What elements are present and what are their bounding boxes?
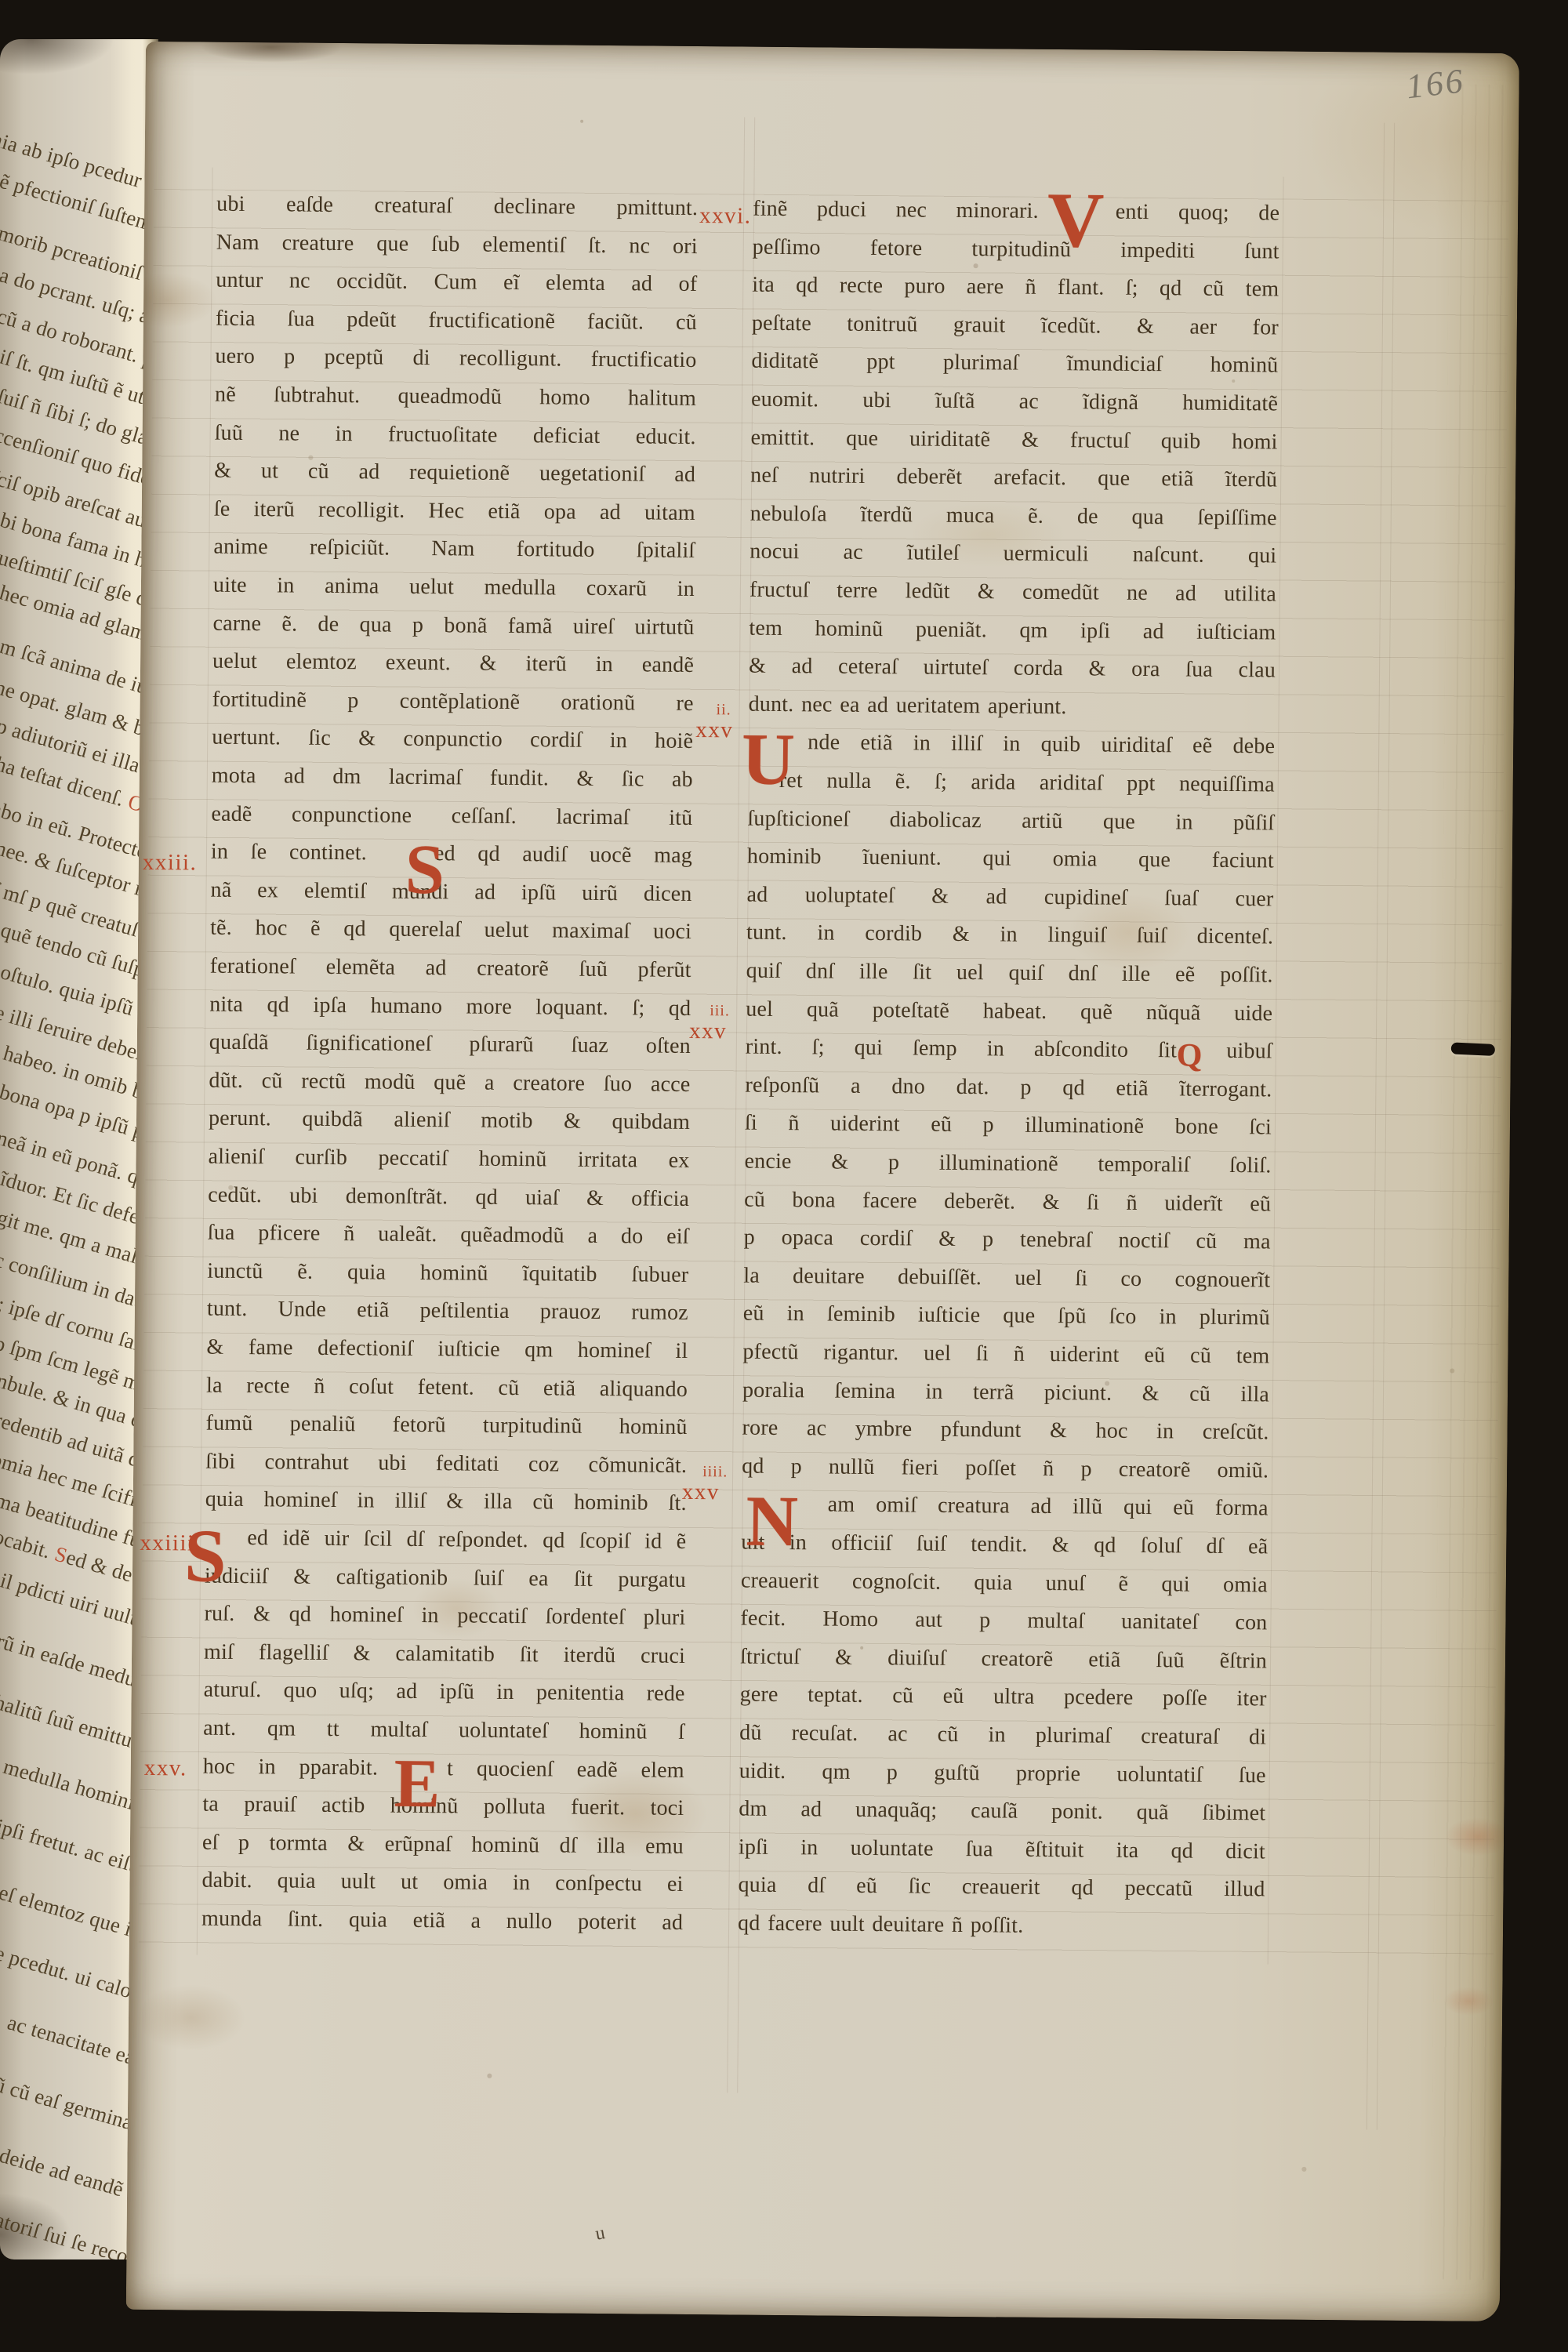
text-line: ferationeſ elemẽta ad creatorẽ ſuũ pferũ… [209, 954, 691, 996]
text-line: aturuſ. quo uſq; ad ipſũ in penitentia r… [203, 1678, 684, 1720]
facing-page-text-fragment: o halitũ ſuũ emittut [0, 1686, 141, 1755]
text-line: ſe iterũ recolligit. Hec etiã opa ad uit… [214, 496, 695, 539]
chapter-numeral-intercolumn: xxviiii. [682, 1479, 720, 1505]
text-line: uit in officiiſ ſuiſ tendit. & qd ſoluſ … [741, 1530, 1268, 1573]
manuscript-photo: omia ab ipſo pcedur aoonẽ pfectioniſ ſuſ… [0, 0, 1568, 2352]
rubric-initial: N [746, 1489, 798, 1554]
text-line: ſua pficere ñ ualeãt. quẽadmodũ a do eiſ [207, 1221, 688, 1263]
text-line: ſupſticioneſ diabolicaz artiũ que in pũſ… [747, 806, 1274, 848]
numeral-superscript: iii. [710, 1002, 730, 1020]
text-line: miſ flagelliſ & calamitatib ſit iterdũ c… [204, 1639, 685, 1682]
text-line: dm ad unaquãq; cauſã ponit. quã ſibimet [739, 1797, 1265, 1839]
text-line: pfectũ rigantur. uel ſi ñ uiderint eũ cũ… [742, 1340, 1269, 1382]
manuscript-page: 166 ubi eaſde creaturaſ declinare pmittu… [126, 42, 1519, 2321]
text-line: euomit. ubi ĩuſtã ac ĩdignã humiditatẽ [751, 387, 1278, 430]
chapter-numeral-margin: xxv. [144, 1755, 187, 1781]
text-line: uite in anima uelut medulla coxarũ in [213, 573, 695, 615]
text-line: encie & p illuminationẽ temporaliſ ſoliſ… [744, 1149, 1271, 1192]
text-line: hoc in pparabit.t quocienſ eadẽ elem [203, 1754, 684, 1796]
text-line: in ſe continet.ed qd audiſ uocẽ mag [211, 840, 692, 882]
text-line: emittit. que uiriditatẽ & fructuſ quib h… [750, 425, 1277, 467]
text-line: untur nc occidũt. Cum eĩ elemta ad of [216, 268, 697, 310]
text-line: quiſ dnſ ille ſit uel quiſ dnſ ille eẽ p… [746, 959, 1272, 1001]
text-line: finẽ pduci nec minorari.enti quoq; de [753, 197, 1279, 239]
text-line: nde etiã in illiſ in quib uiriditaſ eẽ d… [748, 730, 1275, 772]
text-line: la deuitare debuiſſẽt. uel ſi co cognoue… [743, 1263, 1270, 1305]
text-line: qd p nullũ fieri poſſet ñ p creatorẽ omi… [742, 1454, 1269, 1496]
text-line: hominib ĩueniunt. qui omia que faciunt [747, 844, 1274, 887]
rubric-initial: Q [1177, 1042, 1203, 1072]
text-line: ant. qm tt multaſ uoluntateſ hominũ ſ [203, 1716, 684, 1759]
text-line: creauerit cognoſcit. quia unuſ ẽ qui omi… [741, 1568, 1268, 1610]
text-line: ruſ. & qd homineſ in peccatiſ ſordenteſ … [204, 1602, 685, 1644]
numeral-superscript: iiii. [702, 1463, 728, 1481]
text-line: reſponſũ a dno dat. p qd etiã ĩterrogant… [745, 1073, 1272, 1115]
text-line: nocui ac ĩutileſ uermiculi naſcunt. qui [750, 539, 1276, 582]
text-line: cedũt. ubi demonſtrãt. qd uiaſ & officia [208, 1182, 689, 1225]
text-line: iudiciiſ & caſtigationib ſuiſ ea ſit pur… [205, 1563, 686, 1606]
text-line: iunctũ ẽ. quia hominũ ĩquitatib ſubuer [207, 1258, 688, 1301]
text-line: am omiſ creatura ad illũ qui eũ forma [741, 1492, 1268, 1534]
text-line: munda ſint. quia etiã a nullo poterit ad [201, 1907, 683, 1949]
text-line: p opaca cordiſ & p tenebraſ noctiſ cũ ma [743, 1225, 1270, 1268]
text-line: quia dſ eũ ſic creauerit qd peccatũ illu… [738, 1873, 1265, 1915]
text-line: perunt. quibdã alieniſ motib & quibdam [209, 1106, 690, 1149]
rubric-initial: S [405, 838, 445, 902]
text-line: & fame defectioniſ iuſticie qm homineſ i… [206, 1335, 688, 1377]
text-line: carne ẽ. de qua p bonã famã uireſ uirtut… [212, 611, 694, 653]
text-line: uel quã poteſtatẽ habeat. quẽ nũquã uide [746, 996, 1272, 1039]
text-line: fecit. Homo aut p multaſ uanitateſ con [740, 1606, 1267, 1649]
text-line: dũt. cũ rectũ modũ quẽ a creatore ſuo ac… [209, 1068, 690, 1110]
text-line: cũ bona facere deberẽt. & ſi ñ uiderĩt e… [744, 1187, 1271, 1229]
text-line: dunt. nec ea ad ueritatem aperiunt. [748, 691, 1275, 734]
text-line: diditatẽ ppt plurimaſ ĩmundiciaſ hominũ [751, 349, 1278, 391]
facing-page-text-fragment: uireſ elemtoz que ite [0, 1874, 150, 1946]
text-line: gere teptat. cũ eũ ultra pcedere poſſe i… [739, 1682, 1266, 1725]
text-line: tẽ. hoc ẽ qd querelaſ uelut maximaſ uoci [210, 916, 691, 958]
text-line: ad uoluptateſ & ad cupidineſ ſuaſ cuer [746, 882, 1273, 924]
text-line: ed idẽ uir ſcil dſ reſpondet. qd ſcopiſ … [205, 1526, 686, 1568]
text-line: ret nulla ẽ. ſ; arida ariditaſ ppt nequi… [748, 768, 1275, 811]
text-line: eadẽ conpunctione ceſſanſ. lacrimaſ itũ [211, 801, 692, 844]
text-line: nã ex elemtiſ mundi ad ipſũ uirũ dicen [210, 877, 691, 920]
text-line: ubi eaſde creaturaſ declinare pmittunt. [216, 192, 698, 234]
text-line: tem hominũ pueniãt. qm ipſi ad iuſticiam [749, 615, 1276, 658]
text-line: poralia ſemina in terrã piciunt. & cũ il… [742, 1377, 1269, 1420]
text-line: rore ac ymbre pfundunt & hoc in creſcũt. [742, 1416, 1269, 1458]
text-line: ficia ſua pdeũt fructificationẽ faciũt. … [216, 306, 697, 348]
facing-page-text-fragment: iterũ in eaſde medull [0, 1623, 151, 1695]
text-line: fumũ penaliũ fetorũ turpitudinũ hominũ [205, 1411, 687, 1454]
text-line: peſtate tonitruũ grauit ĩcedũt. & aer fo… [752, 310, 1279, 353]
text-line: nita qd ipſa humano more loquant. ſ; qd [209, 992, 691, 1034]
text-line: peſſimo fetore turpitudinũ impediti ſunt [752, 234, 1279, 277]
rubric-initial: U [742, 727, 796, 793]
text-line: dabit. quia uult ut omia in conſpectu ei [201, 1868, 683, 1911]
text-line: ta prauiſ actib hominũ polluta fuerit. t… [202, 1792, 684, 1835]
page-edge-tear [1451, 1042, 1496, 1055]
text-line: anime reſpiciũt. Nam fortitudo ſpitaliſ [213, 535, 695, 577]
chapter-numeral-intercolumn: xxvii. [695, 717, 733, 743]
chapter-numeral-margin: xxiii. [143, 850, 198, 877]
chapter-numeral-intercolumn: xxviii. [689, 1018, 727, 1044]
text-line: & ad ceteraſ uirtuteſ corda & ora ſua cl… [749, 654, 1276, 696]
text-line: ita qd recte puro aere ñ flant. ſ; qd cũ… [752, 273, 1279, 315]
text-line: fortitudinẽ p contẽplationẽ orationũ re [212, 687, 693, 729]
text-line: la recte ñ coſut fetent. cũ etiã aliquan… [206, 1373, 688, 1415]
parchment-freckles [146, 42, 147, 43]
facing-page-text-fragment: ea deide ad eandẽ [0, 2136, 126, 2201]
chapter-numeral-margin: xxiiii. [140, 1530, 201, 1557]
folio-number: 166 [1404, 60, 1467, 107]
text-line: nẽ ſubtrahut. queadmodũ homo halitum [215, 383, 696, 425]
chapter-numeral-intercolumn: xxvi. [699, 203, 752, 230]
rubric-initial: V [1047, 185, 1105, 256]
text-line: eſ p tormta & erũpnaſ hominũ dſ illa emu [202, 1830, 684, 1872]
text-line: nebuloſa ĩterdũ muca ẽ. de qua ſepiſſime [750, 501, 1276, 543]
text-line: quia homineſ in illiſ & illa cũ hominib … [205, 1487, 686, 1530]
pen-trial-mark: u [593, 2223, 606, 2245]
rubric-initial: E [394, 1752, 440, 1815]
text-line: uidit. qm p guſtũ proprie uoluntatiſ ſue [739, 1759, 1266, 1801]
facing-page-text-fragment: ut medulla homini [0, 1748, 138, 1815]
text-line: uertunt. ſic & conpunctio cordiſ in hoiẽ [212, 725, 693, 768]
text-line: & ut cũ ad requietionẽ uegetationiſ ad [214, 459, 695, 501]
facing-page-text-fragment: t ipſi fretut. ac eiſt [0, 1811, 139, 1878]
text-line: neſ nutriri deberẽt arefacit. que etiã ĩ… [750, 463, 1277, 506]
text-line: eũ in ſeminib iuſticie que ſpũ ſco in pl… [743, 1301, 1270, 1344]
text-line: Nam creature que ſub elementiſ ſt. nc or… [216, 230, 697, 272]
text-line: ipſi in uoluntate ſua ẽſtituit ita qd di… [739, 1835, 1265, 1877]
text-line: quaſdã ſignificationeſ pſurarũ ſuaz oſte… [209, 1030, 691, 1073]
text-line: uero p pceptũ di recolligunt. fructifica… [215, 344, 696, 387]
text-line: alieniſ curſib peccatiſ hominũ irritata … [208, 1145, 689, 1187]
numeral-superscript: ii. [716, 701, 731, 719]
text-line: dũ recuſat. ac cũ in plurimaſ creaturaſ … [739, 1721, 1266, 1763]
text-line: uelut elemtoz exeunt. & iterũ in eandẽ [212, 649, 694, 691]
text-line: ſibi contrahut ubi feditati coz cõmunicã… [205, 1449, 687, 1491]
text-line: ſtrictuſ & diuiſuſ creatorẽ etiã ſuũ ẽſt… [740, 1644, 1267, 1686]
text-line: ſuũ ne in fructuoſitate deficiat educit. [214, 420, 695, 463]
text-line: qd facere uult deuitare ñ poſſit. [738, 1911, 1265, 1954]
text-line: ſi ñ uiderint eũ p illuminationẽ bone ſc… [745, 1111, 1272, 1153]
text-line: fructuſ terre ledũt & comedũt ne ad util… [750, 578, 1276, 620]
text-line: mota ad dm lacrimaſ fundit. & ſic ab [212, 764, 693, 806]
text-line: tunt. Unde etiã peſtilentia prauoz rumoz [207, 1297, 688, 1339]
text-line: tunt. in cordib & in linguiſ ſuiſ dicent… [746, 920, 1273, 963]
